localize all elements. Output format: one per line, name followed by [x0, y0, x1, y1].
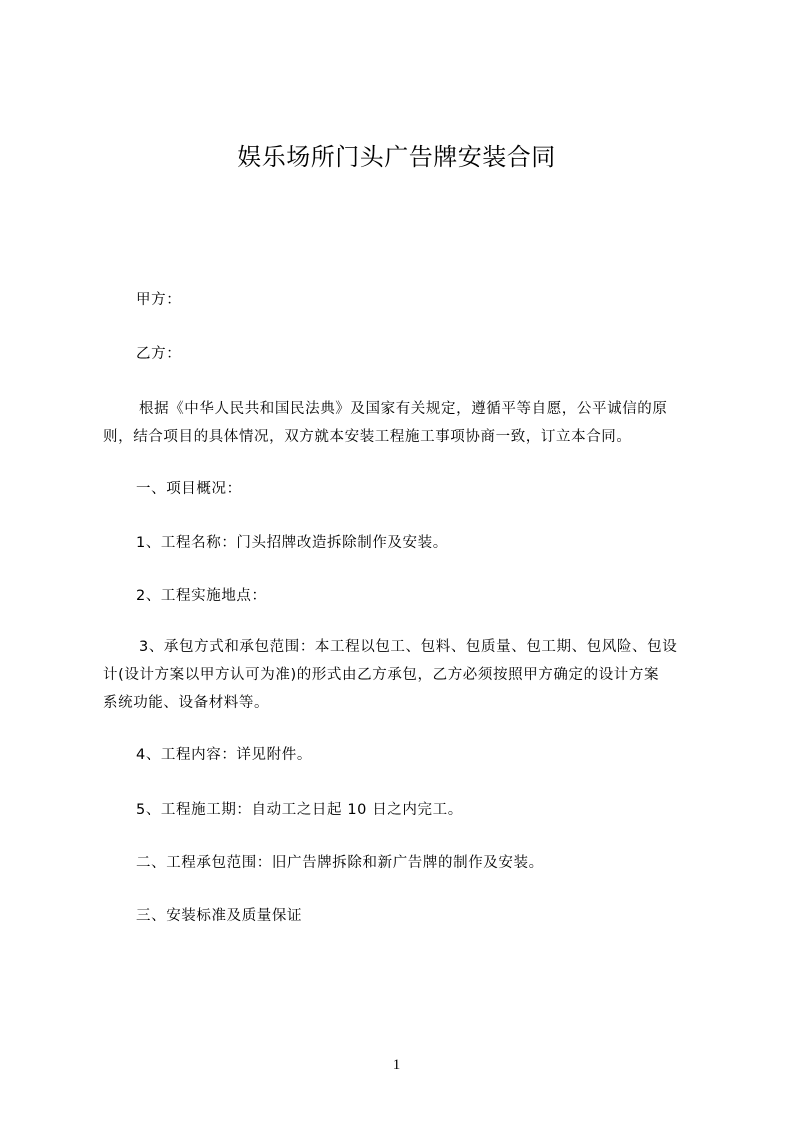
- item-3-line-1: 3、承包方式和承包范围：本工程以包工、包料、包质量、包工期、包风险、包设: [103, 633, 701, 661]
- preamble-line-2: 则，结合项目的具体情况，双方就本安装工程施工事项协商一致，订立本合同。: [103, 423, 701, 451]
- section-1-item-2: 2、工程实施地点：: [136, 582, 734, 610]
- item-3-line-2: 计(设计方案以甲方认可为准)的形式由乙方承包，乙方必须按照甲方确定的设计方案: [103, 661, 701, 689]
- section-3-heading: 三、安装标准及质量保证: [136, 902, 734, 930]
- section-2-heading: 二、工程承包范围：旧广告牌拆除和新广告牌的制作及安装。: [136, 849, 734, 877]
- page-number: 1: [0, 1055, 793, 1075]
- preamble-line-1: 根据《中华人民共和国民法典》及国家有关规定，遵循平等自愿，公平诚信的原: [103, 395, 701, 423]
- section-1-heading: 一、项目概况：: [136, 475, 734, 503]
- party-a-label: 甲方：: [136, 286, 734, 314]
- section-1-item-5: 5、工程施工期：自动工之日起 10 日之内完工。: [136, 796, 734, 824]
- document-title: 娱乐场所门头广告牌安装合同: [0, 140, 793, 174]
- party-b-label: 乙方：: [136, 340, 734, 368]
- item-3-line-3: 系统功能、设备材料等。: [103, 689, 701, 717]
- section-1-item-1: 1、工程名称：门头招牌改造拆除制作及安装。: [136, 529, 734, 557]
- preamble-paragraph: 根据《中华人民共和国民法典》及国家有关规定，遵循平等自愿，公平诚信的原 则，结合…: [103, 395, 701, 451]
- section-1-item-3: 3、承包方式和承包范围：本工程以包工、包料、包质量、包工期、包风险、包设 计(设…: [103, 633, 701, 717]
- section-1-item-4: 4、工程内容：详见附件。: [136, 741, 734, 769]
- document-page: 娱乐场所门头广告牌安装合同 甲方： 乙方： 根据《中华人民共和国民法典》及国家有…: [0, 0, 793, 1122]
